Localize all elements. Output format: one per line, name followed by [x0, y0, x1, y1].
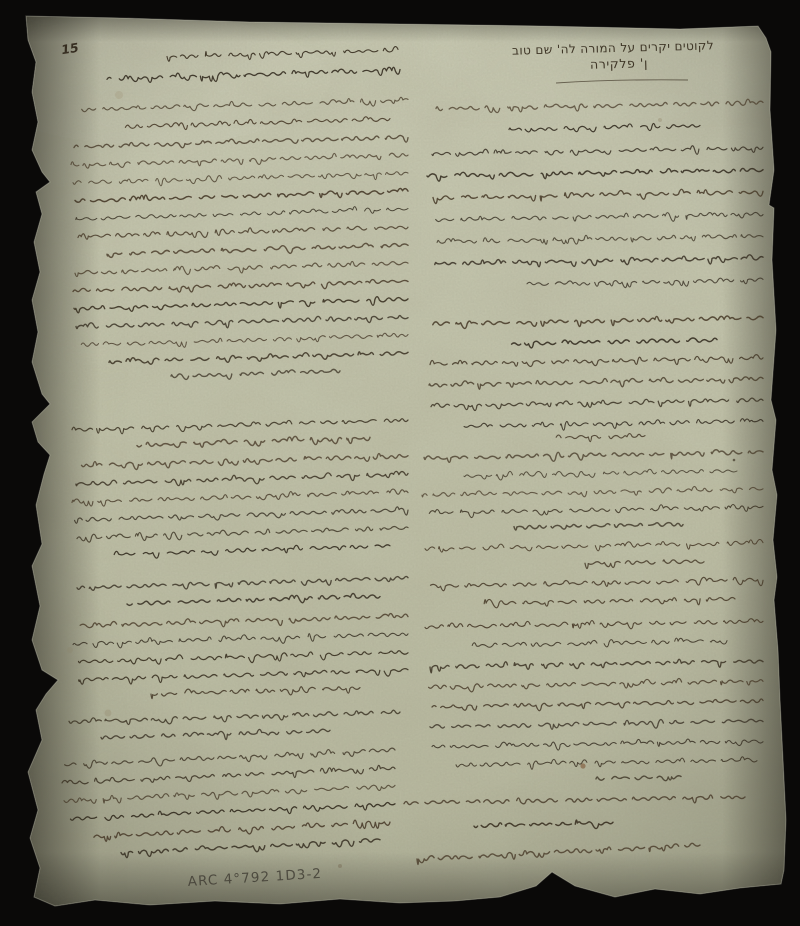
paper-grain: [0, 0, 800, 926]
scanner-background: לקוטים יקרים על המורה לה' שם טוב ן' פלקי…: [0, 0, 800, 926]
manuscript-scan: לקוטים יקרים על המורה לה' שם טוב ן' פלקי…: [0, 0, 800, 926]
